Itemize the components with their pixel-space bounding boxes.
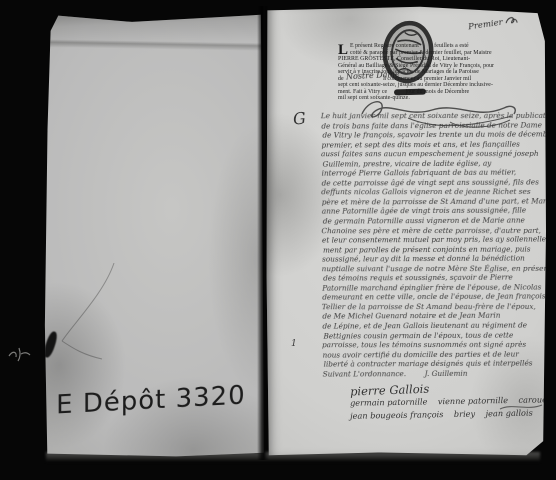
register-scan: E Dépôt 3320 Premier L E présent Registr…	[0, 0, 556, 480]
act-line: soussigné, leur ay dit la messe et donné…	[322, 254, 548, 265]
act-line: deffunts nicolas Gallois vigneron et de …	[321, 187, 547, 197]
act-line: Tellier de la parroisse de St Amand beau…	[322, 302, 548, 312]
act-line: parroisse, tous les témoins susnommés on…	[322, 340, 548, 350]
paraph-icon	[504, 15, 518, 28]
crease-lines	[44, 263, 164, 383]
act-line: ment par parolles de présent conjoints e…	[323, 244, 549, 255]
folio-annotation-text: Premier	[468, 18, 504, 33]
archival-shelfmark: E Dépôt 3320	[56, 379, 266, 420]
folio-annotation: Premier	[467, 15, 518, 33]
left-page: E Dépôt 3320	[44, 13, 264, 459]
act-line: de germain Patornille aussi vigneron et …	[323, 215, 549, 226]
act-line: Chanoine ses père et mère de cette parro…	[321, 225, 547, 235]
right-page: Premier L E présent Registre contenant f…	[266, 5, 546, 457]
act-line: Guillemin, prestre, vicaire de ladite ég…	[323, 158, 549, 169]
revenue-stamp-icon	[380, 19, 436, 85]
margin-tick: 1	[291, 339, 297, 349]
edge-scribble-icon	[7, 342, 35, 364]
margin-initial: G	[292, 108, 307, 128]
signature-rows: germain patornille vienne patornille car…	[350, 395, 550, 420]
act-line: des témoins requis et soussignés, sçavoi…	[323, 273, 549, 284]
marriage-act-text: Le huit janvier mil sept cent soixante s…	[321, 110, 548, 378]
act-line: liberté à contracter mariage désignés qu…	[324, 359, 550, 370]
act-line: de Vitry le françois, sçavoir les trente…	[322, 129, 548, 140]
act-line: Le huit janvier mil sept cent soixante s…	[321, 111, 547, 121]
act-line: Suivant L'ordonnance. J. Guillemin	[323, 368, 549, 379]
signatures-block: pierre Gallois germain patornille vienne…	[350, 381, 550, 420]
